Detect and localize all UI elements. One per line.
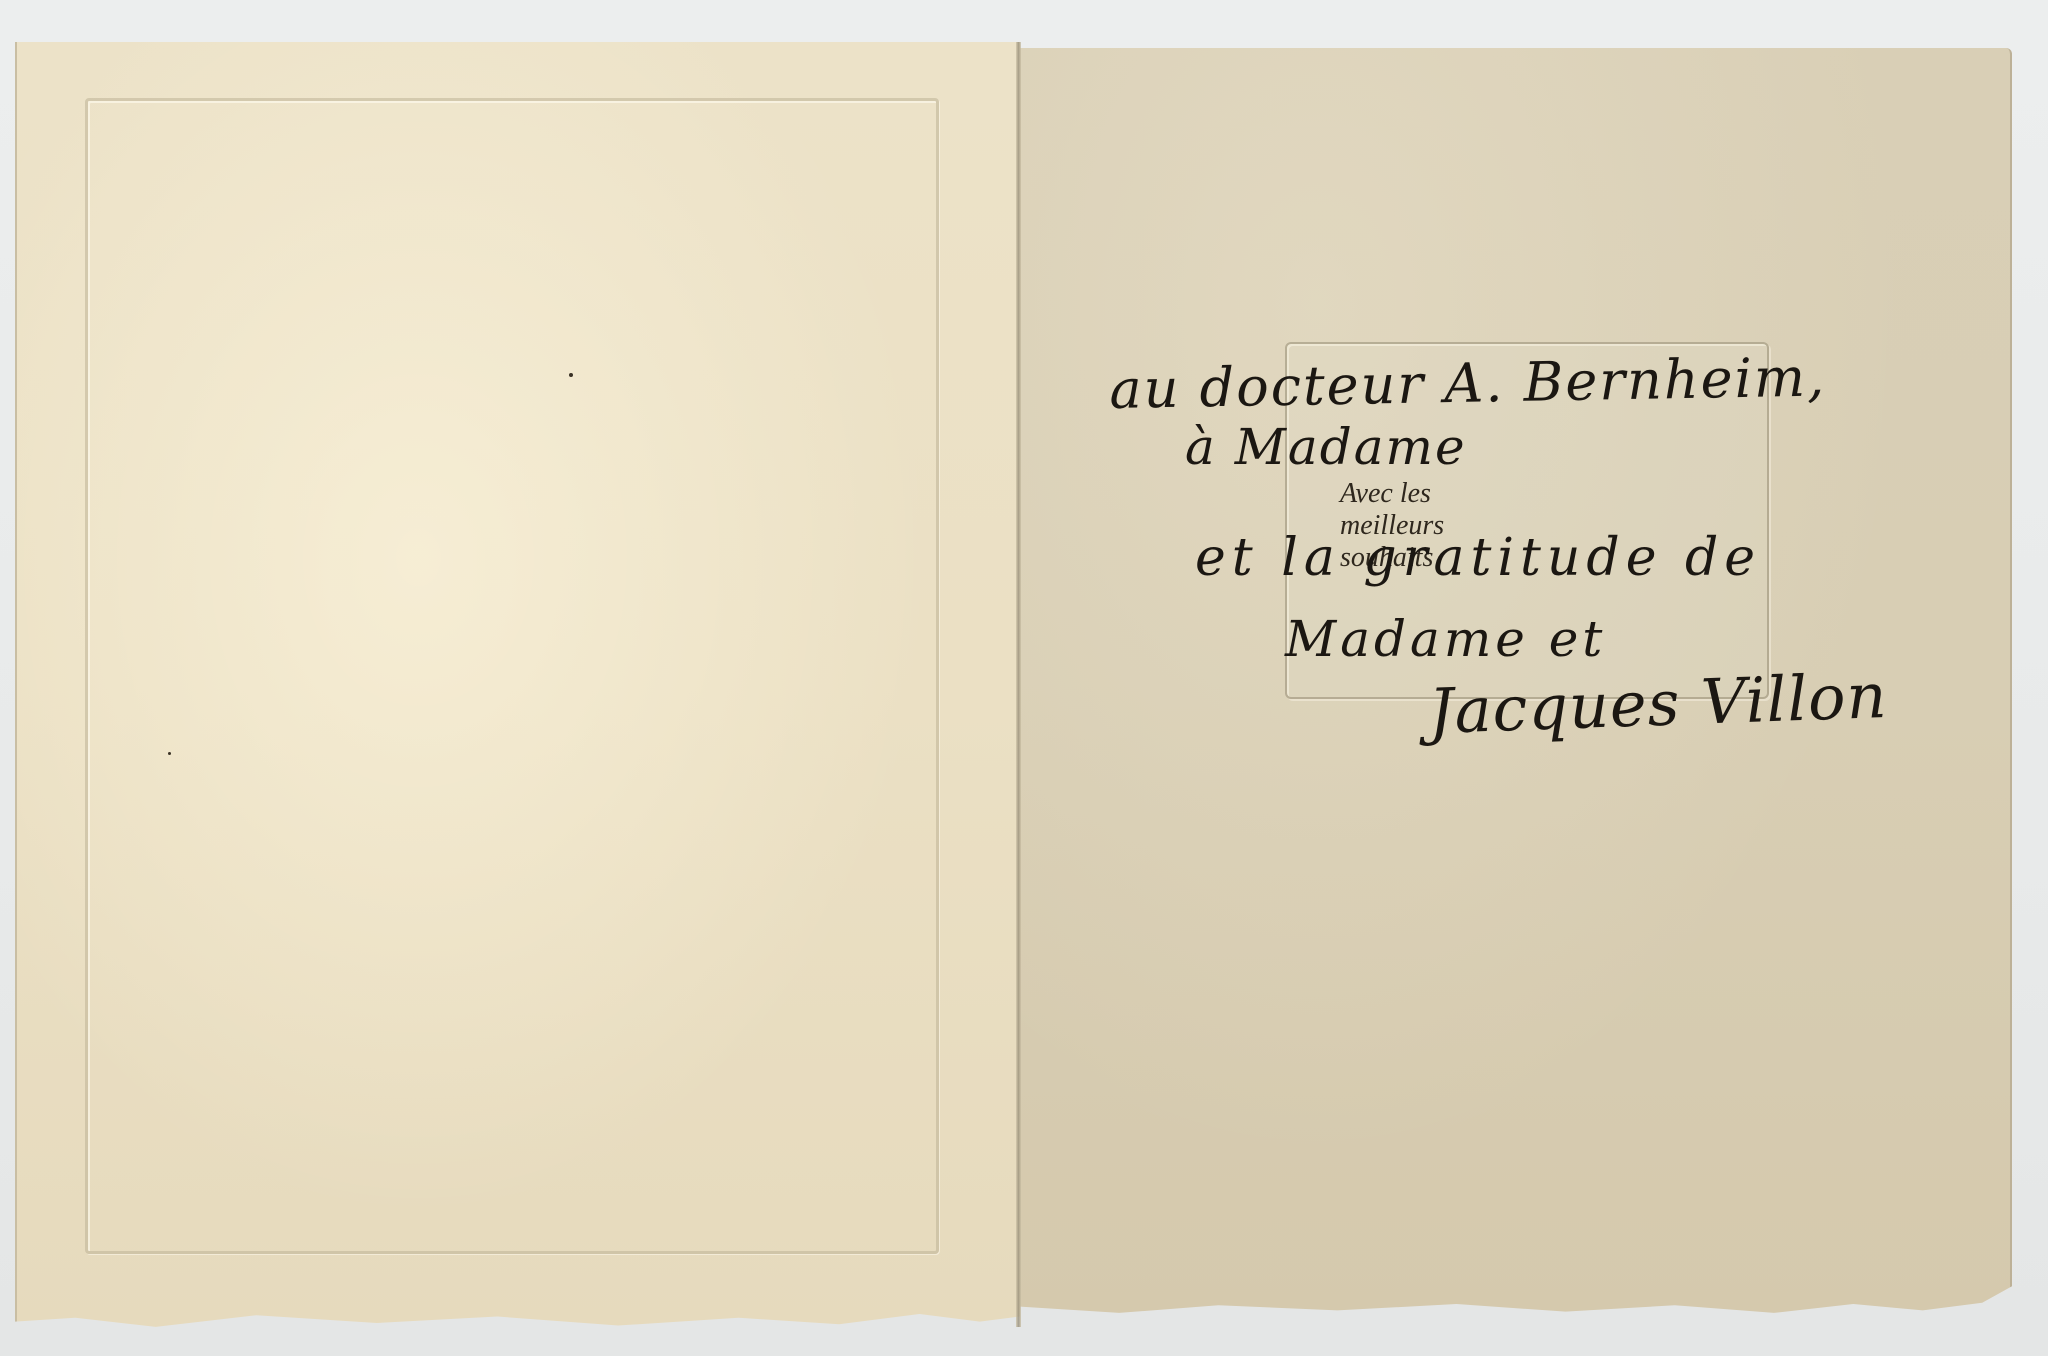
inscription-line-3: et la gratitude de — [1195, 528, 1761, 588]
card-fold — [1016, 42, 1021, 1327]
inscription-line-4: Madame et — [1285, 610, 1606, 668]
inscription-line-2: à Madame — [1185, 418, 1467, 476]
inscription-line-1: au docteur A. Bernheim, — [1109, 345, 1827, 421]
paper-speck — [168, 752, 171, 755]
embossed-frame — [85, 98, 939, 1254]
paper-speck — [569, 373, 573, 377]
